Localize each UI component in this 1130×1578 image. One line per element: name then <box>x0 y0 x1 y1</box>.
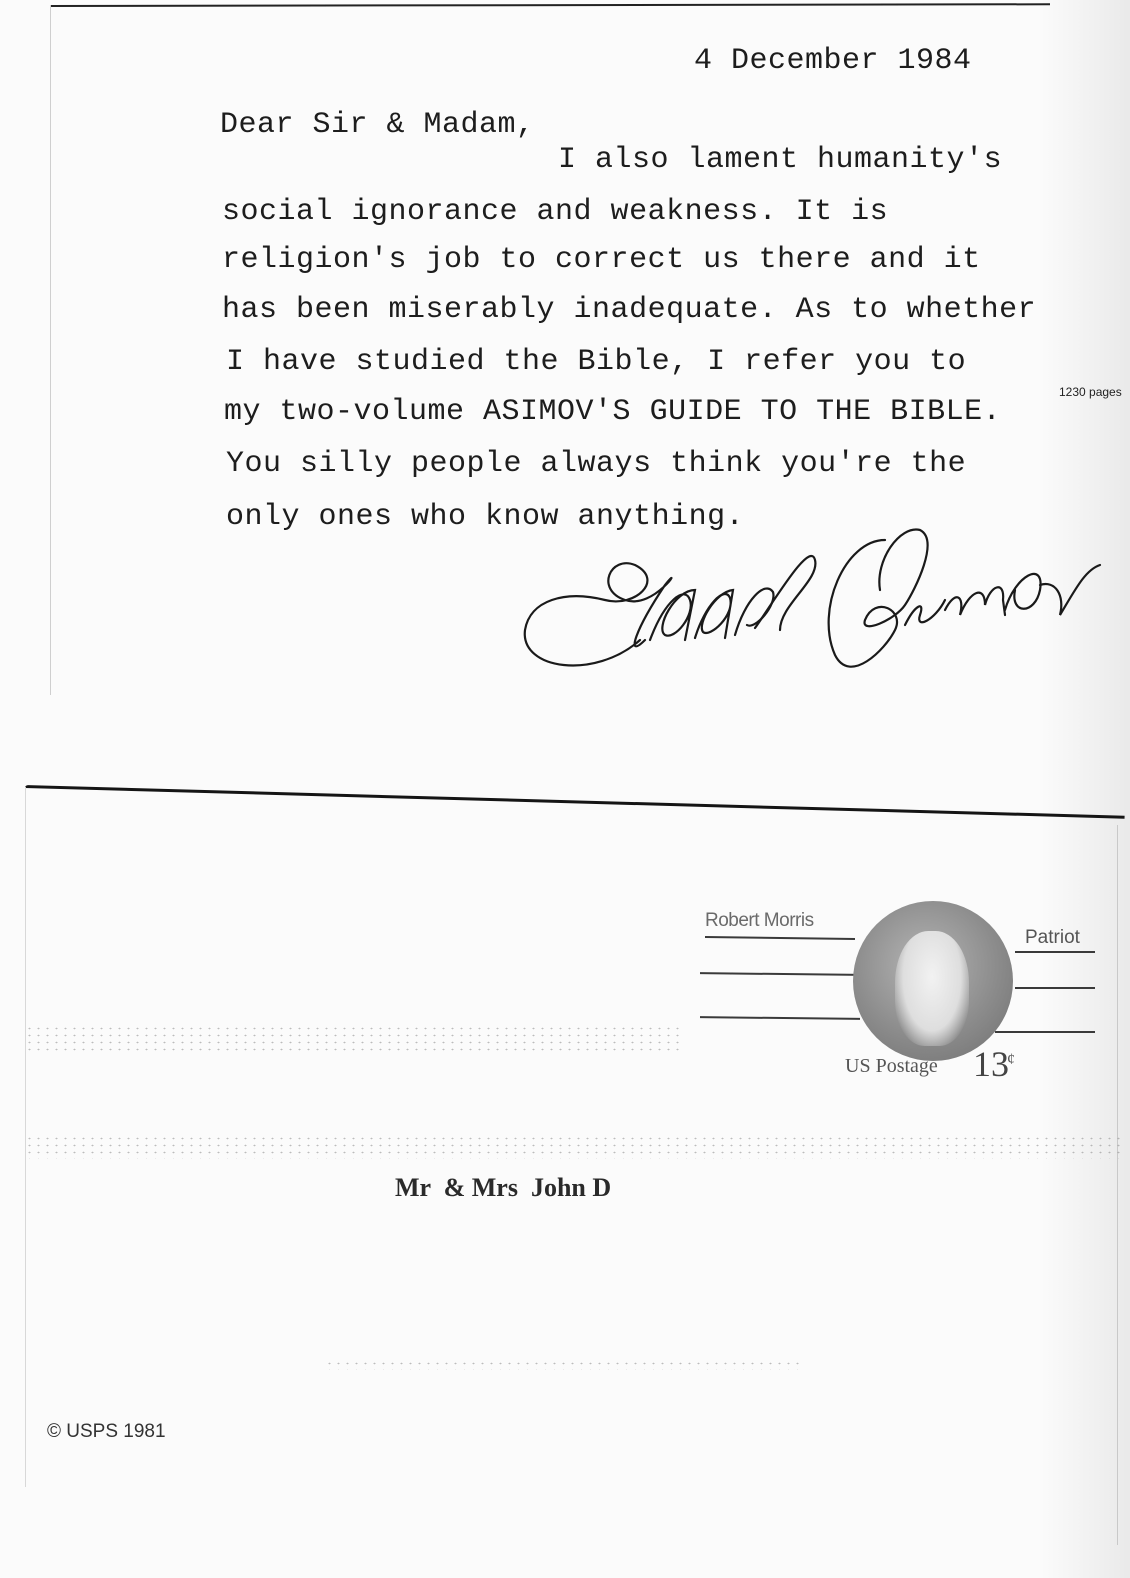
print-noise <box>325 1360 805 1370</box>
letter-salutation: Dear Sir & Madam, <box>220 108 535 142</box>
stamp-rule <box>1015 987 1095 989</box>
postage-stamp: Robert Morris Patriot US Postage 13 ¢ <box>695 895 1115 1095</box>
letter-date: 4 December 1984 <box>694 44 972 78</box>
card-top-edge <box>50 3 1050 7</box>
print-noise <box>25 1135 1125 1159</box>
card-left-edge <box>50 5 51 695</box>
stamp-rule <box>705 936 855 940</box>
stamp-title: Patriot <box>1025 927 1080 949</box>
postcard-right-edge <box>1117 825 1118 1545</box>
letter-line: religion's job to correct us there and i… <box>222 243 981 277</box>
stamp-rule <box>700 1016 860 1020</box>
letter-line: has been miserably inadequate. As to whe… <box>222 293 1036 327</box>
letter-line: I also lament humanity's <box>558 143 1002 177</box>
postcard: Robert Morris Patriot US Postage 13 ¢ Mr… <box>25 785 1130 1578</box>
address-line: Mr & Mrs John D <box>395 1175 915 1197</box>
stamp-rule <box>700 972 860 976</box>
portrait-icon <box>895 931 969 1046</box>
print-noise <box>25 1025 685 1053</box>
copyright: © USPS 1981 <box>47 1421 166 1443</box>
letter-line: You silly people always think you're the <box>226 447 966 481</box>
stamp-rule <box>1015 951 1095 953</box>
letter-line: my two-volume ASIMOV'S GUIDE TO THE BIBL… <box>224 395 1001 429</box>
signature <box>515 520 1115 690</box>
stamp-value: 13 <box>973 1043 1009 1085</box>
stamp-rule <box>995 1031 1095 1033</box>
letter-line: I have studied the Bible, I refer you to <box>226 345 966 379</box>
margin-note: 1230 pages <box>1059 385 1122 399</box>
stamp-postage-label: US Postage <box>845 1055 938 1078</box>
address-text: Mr & Mrs John D <box>395 1175 611 1197</box>
stamp-name: Robert Morris <box>705 910 814 932</box>
stamp-cent-symbol: ¢ <box>1007 1051 1015 1069</box>
postcard-top-edge <box>25 785 1125 819</box>
letter-line: social ignorance and weakness. It is <box>222 195 888 229</box>
